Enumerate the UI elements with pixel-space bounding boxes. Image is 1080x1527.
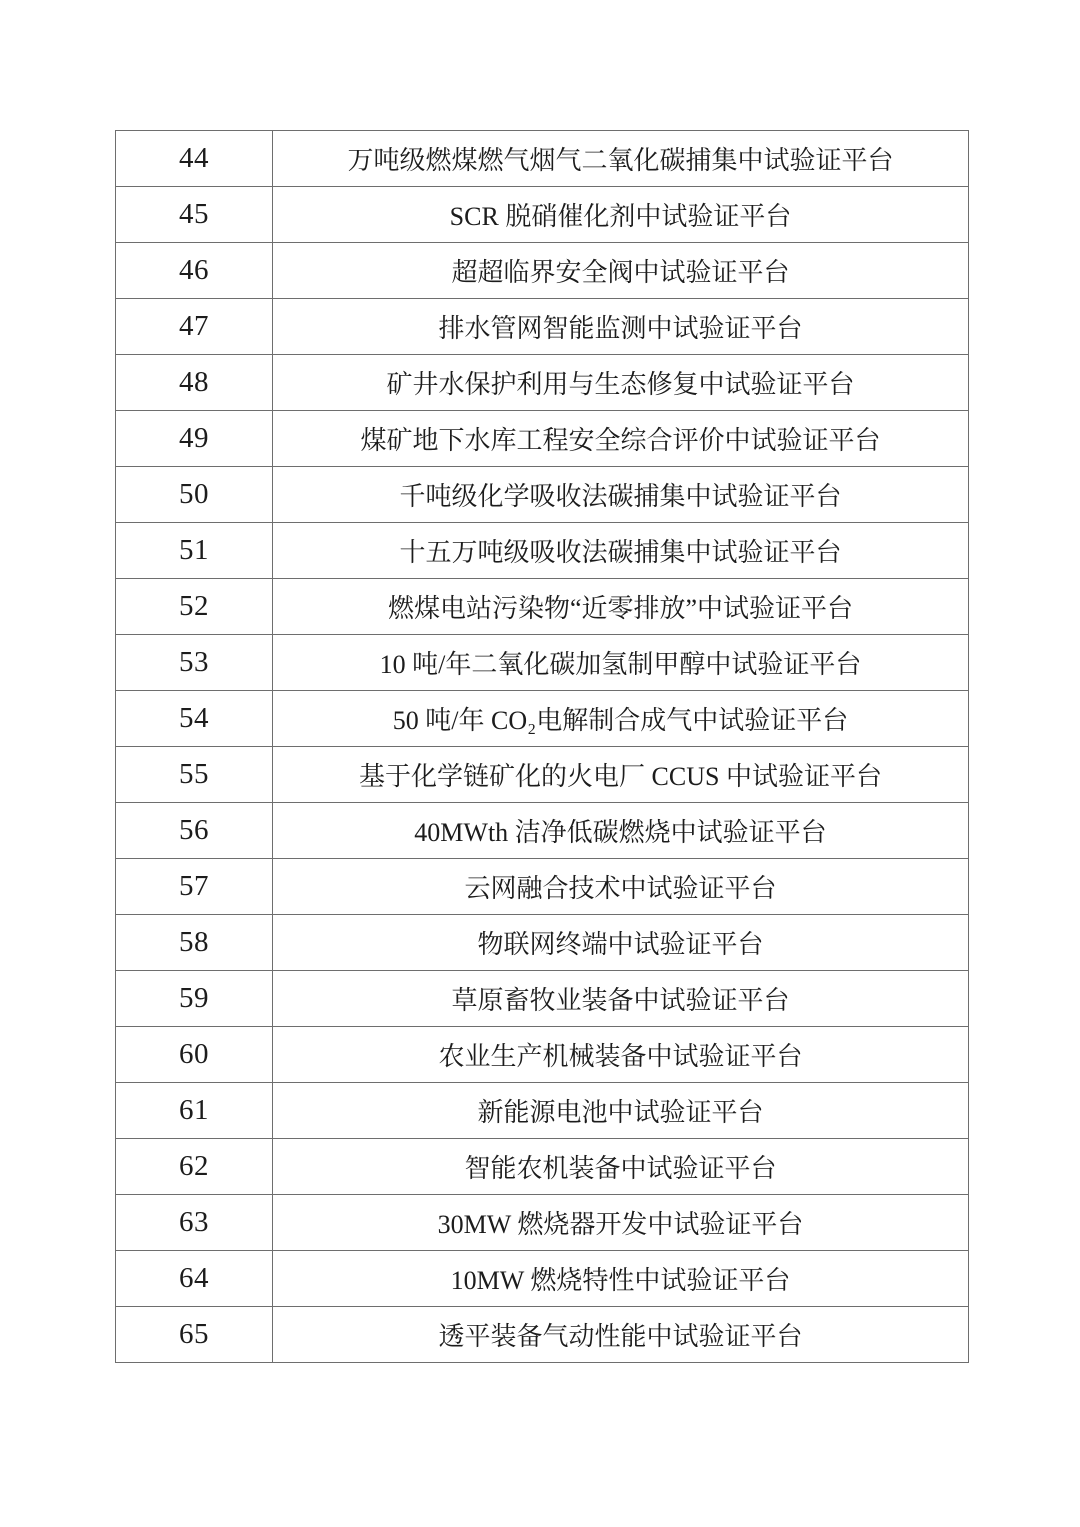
platform-name: 矿井水保护利用与生态修复中试验证平台: [273, 355, 969, 411]
table-row: 48 矿井水保护利用与生态修复中试验证平台: [116, 355, 969, 411]
row-number: 46: [116, 243, 273, 299]
platform-name: 万吨级燃煤燃气烟气二氧化碳捕集中试验证平台: [273, 131, 969, 187]
table-row: 47 排水管网智能监测中试验证平台: [116, 299, 969, 355]
row-number: 64: [116, 1251, 273, 1307]
platform-name: 30MW 燃烧器开发中试验证平台: [273, 1195, 969, 1251]
row-number: 65: [116, 1307, 273, 1363]
platform-table-body: 44 万吨级燃煤燃气烟气二氧化碳捕集中试验证平台 45 SCR 脱硝催化剂中试验…: [116, 131, 969, 1363]
row-number: 51: [116, 523, 273, 579]
table-row: 44 万吨级燃煤燃气烟气二氧化碳捕集中试验证平台: [116, 131, 969, 187]
platform-name: 云网融合技术中试验证平台: [273, 859, 969, 915]
row-number: 61: [116, 1083, 273, 1139]
row-number: 45: [116, 187, 273, 243]
platform-name: 10MW 燃烧特性中试验证平台: [273, 1251, 969, 1307]
platform-name: 煤矿地下水库工程安全综合评价中试验证平台: [273, 411, 969, 467]
platform-name: 物联网终端中试验证平台: [273, 915, 969, 971]
table-row: 50 千吨级化学吸收法碳捕集中试验证平台: [116, 467, 969, 523]
table-row: 61 新能源电池中试验证平台: [116, 1083, 969, 1139]
row-number: 56: [116, 803, 273, 859]
table-row: 65 透平装备气动性能中试验证平台: [116, 1307, 969, 1363]
row-number: 50: [116, 467, 273, 523]
row-number: 63: [116, 1195, 273, 1251]
table-row: 62 智能农机装备中试验证平台: [116, 1139, 969, 1195]
platform-name: 透平装备气动性能中试验证平台: [273, 1307, 969, 1363]
platform-name: 燃煤电站污染物“近零排放”中试验证平台: [273, 579, 969, 635]
document-page: 44 万吨级燃煤燃气烟气二氧化碳捕集中试验证平台 45 SCR 脱硝催化剂中试验…: [0, 0, 1080, 1527]
platform-name: 新能源电池中试验证平台: [273, 1083, 969, 1139]
platform-name: 千吨级化学吸收法碳捕集中试验证平台: [273, 467, 969, 523]
table-row: 57 云网融合技术中试验证平台: [116, 859, 969, 915]
row-number: 54: [116, 691, 273, 747]
row-number: 58: [116, 915, 273, 971]
table-row: 55 基于化学链矿化的火电厂 CCUS 中试验证平台: [116, 747, 969, 803]
table-row: 51 十五万吨级吸收法碳捕集中试验证平台: [116, 523, 969, 579]
table-row: 63 30MW 燃烧器开发中试验证平台: [116, 1195, 969, 1251]
row-number: 52: [116, 579, 273, 635]
table-row: 52 燃煤电站污染物“近零排放”中试验证平台: [116, 579, 969, 635]
table-row: 46 超超临界安全阀中试验证平台: [116, 243, 969, 299]
platform-name: 草原畜牧业装备中试验证平台: [273, 971, 969, 1027]
row-number: 62: [116, 1139, 273, 1195]
table-row: 53 10 吨/年二氧化碳加氢制甲醇中试验证平台: [116, 635, 969, 691]
platform-table: 44 万吨级燃煤燃气烟气二氧化碳捕集中试验证平台 45 SCR 脱硝催化剂中试验…: [115, 130, 969, 1363]
table-row: 59 草原畜牧业装备中试验证平台: [116, 971, 969, 1027]
platform-name: 农业生产机械装备中试验证平台: [273, 1027, 969, 1083]
row-number: 49: [116, 411, 273, 467]
platform-name: SCR 脱硝催化剂中试验证平台: [273, 187, 969, 243]
table-row: 64 10MW 燃烧特性中试验证平台: [116, 1251, 969, 1307]
table-row: 45 SCR 脱硝催化剂中试验证平台: [116, 187, 969, 243]
row-number: 48: [116, 355, 273, 411]
table-row: 58 物联网终端中试验证平台: [116, 915, 969, 971]
table-row: 60 农业生产机械装备中试验证平台: [116, 1027, 969, 1083]
table-row: 56 40MWth 洁净低碳燃烧中试验证平台: [116, 803, 969, 859]
row-number: 47: [116, 299, 273, 355]
platform-name: 十五万吨级吸收法碳捕集中试验证平台: [273, 523, 969, 579]
platform-name: 排水管网智能监测中试验证平台: [273, 299, 969, 355]
row-number: 44: [116, 131, 273, 187]
platform-name: 基于化学链矿化的火电厂 CCUS 中试验证平台: [273, 747, 969, 803]
row-number: 53: [116, 635, 273, 691]
row-number: 55: [116, 747, 273, 803]
platform-name: 50 吨/年 CO₂电解制合成气中试验证平台: [273, 691, 969, 747]
table-row: 49 煤矿地下水库工程安全综合评价中试验证平台: [116, 411, 969, 467]
table-row: 54 50 吨/年 CO₂电解制合成气中试验证平台: [116, 691, 969, 747]
row-number: 59: [116, 971, 273, 1027]
row-number: 57: [116, 859, 273, 915]
platform-name: 10 吨/年二氧化碳加氢制甲醇中试验证平台: [273, 635, 969, 691]
platform-name: 超超临界安全阀中试验证平台: [273, 243, 969, 299]
platform-name: 智能农机装备中试验证平台: [273, 1139, 969, 1195]
platform-name: 40MWth 洁净低碳燃烧中试验证平台: [273, 803, 969, 859]
row-number: 60: [116, 1027, 273, 1083]
